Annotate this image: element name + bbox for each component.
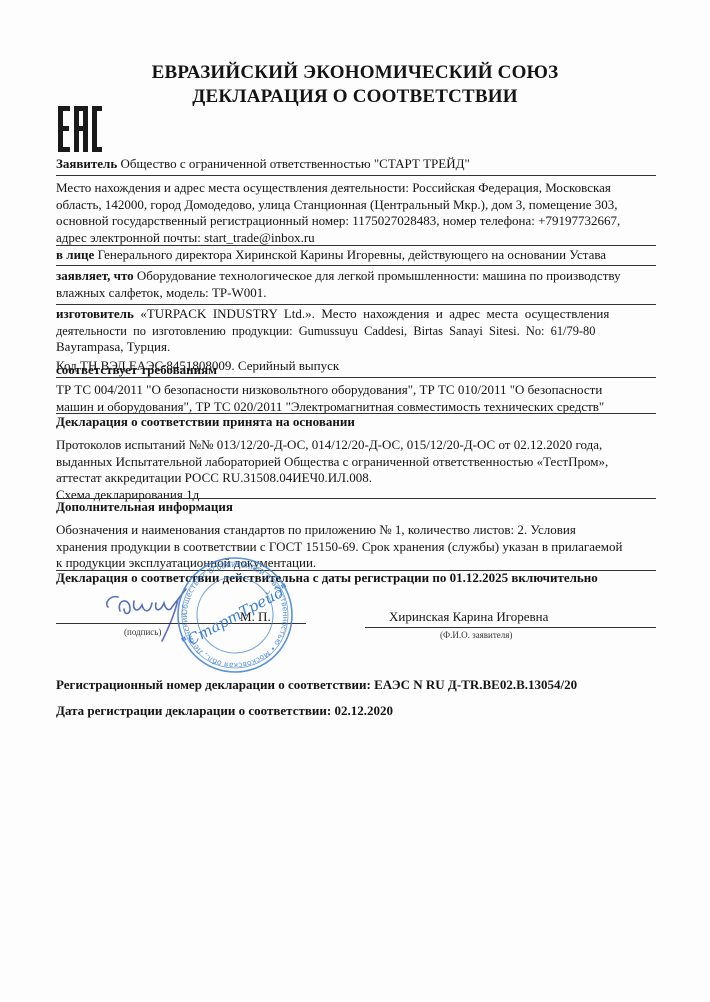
represented-by-value: Генерального директора Хиринской Карины …: [98, 247, 607, 262]
basis-label: Декларация о соответствии принята на осн…: [56, 414, 656, 431]
document-title: ДЕКЛАРАЦИЯ О СООТВЕТСТВИИ: [0, 86, 710, 108]
name-line: [365, 627, 656, 628]
applicant-label: Заявитель: [56, 156, 117, 171]
applicant-value: Общество с ограниченной ответственностью…: [120, 156, 469, 171]
requirements-line: ТР ТС 004/2011 "О безопасности низковоль…: [56, 382, 656, 399]
manufacturer-label: изготовитель: [56, 306, 134, 321]
declares-line: Оборудование технологическое для легкой …: [137, 268, 621, 283]
basis-line: аттестат аккредитации РОСС RU.31508.04ИЕ…: [56, 470, 656, 487]
additional-line: Обозначения и наименования стандартов по…: [56, 522, 656, 539]
represented-by-row: в лице Генерального директора Хиринской …: [56, 247, 656, 264]
address-line: Место нахождения и адрес места осуществл…: [56, 180, 656, 197]
requirements-text: ТР ТС 004/2011 "О безопасности низковоль…: [56, 382, 656, 415]
requirements-label: соответствует требованиям: [56, 362, 656, 379]
eac-logo-icon: [58, 106, 102, 152]
address-line: область, 142000, город Домодедово, улица…: [56, 197, 656, 214]
address-line: адрес электронной почты: start_trade@inb…: [56, 230, 656, 247]
declares-line: влажных салфеток, модель: TP-W001.: [56, 285, 656, 302]
represented-by-label: в лице: [56, 247, 94, 262]
applicant-row: Заявитель Общество с ограниченной ответс…: [56, 156, 656, 173]
name-caption: (Ф.И.О. заявителя): [440, 630, 512, 640]
signature-caption: (подпись): [124, 627, 161, 637]
additional-text: Обозначения и наименования стандартов по…: [56, 522, 656, 572]
signer-name: Хиринская Карина Игоревна: [389, 609, 548, 625]
additional-label: Дополнительная информация: [56, 499, 656, 516]
company-stamp-icon: Общество с ограниченной ответственностью…: [175, 555, 295, 675]
union-title: ЕВРАЗИЙСКИЙ ЭКОНОМИЧЕСКИЙ СОЮЗ: [0, 62, 710, 84]
registration-number-label: Регистрационный номер декларации о соотв…: [56, 677, 371, 692]
declaration-page: ЕВРАЗИЙСКИЙ ЭКОНОМИЧЕСКИЙ СОЮЗ ДЕКЛАРАЦИ…: [0, 0, 710, 1002]
registration-number-value: ЕАЭС N RU Д-TR.BE02.B.13054/20: [374, 677, 577, 692]
declares-label: заявляет, что: [56, 268, 134, 283]
divider: [56, 175, 656, 176]
manufacturer-line: «TURPACK INDUSTRY Ltd.». Место нахождени…: [140, 306, 609, 321]
registration-date-row: Дата регистрации декларации о соответств…: [56, 703, 656, 720]
additional-line: хранения продукции в соответствии с ГОСТ…: [56, 539, 656, 556]
address-line: основной государственный регистрационный…: [56, 213, 656, 230]
registration-date-label: Дата регистрации декларации о соответств…: [56, 703, 331, 718]
basis-line: выданных Испытательной лабораторией Обще…: [56, 454, 656, 471]
applicant-address: Место нахождения и адрес места осуществл…: [56, 180, 656, 246]
registration-number-row: Регистрационный номер декларации о соотв…: [56, 677, 696, 694]
declares-row: заявляет, что Оборудование технологическ…: [56, 268, 656, 301]
basis-line: Протоколов испытаний №№ 013/12/20-Д-ОС, …: [56, 437, 656, 454]
manufacturer-line: деятельности по изготовлению продукции: …: [56, 323, 656, 340]
manufacturer-line: Bayrampasa, Турция.: [56, 339, 656, 356]
divider: [56, 265, 656, 266]
basis-text: Протоколов испытаний №№ 013/12/20-Д-ОС, …: [56, 437, 656, 503]
registration-date-value: 02.12.2020: [334, 703, 393, 718]
